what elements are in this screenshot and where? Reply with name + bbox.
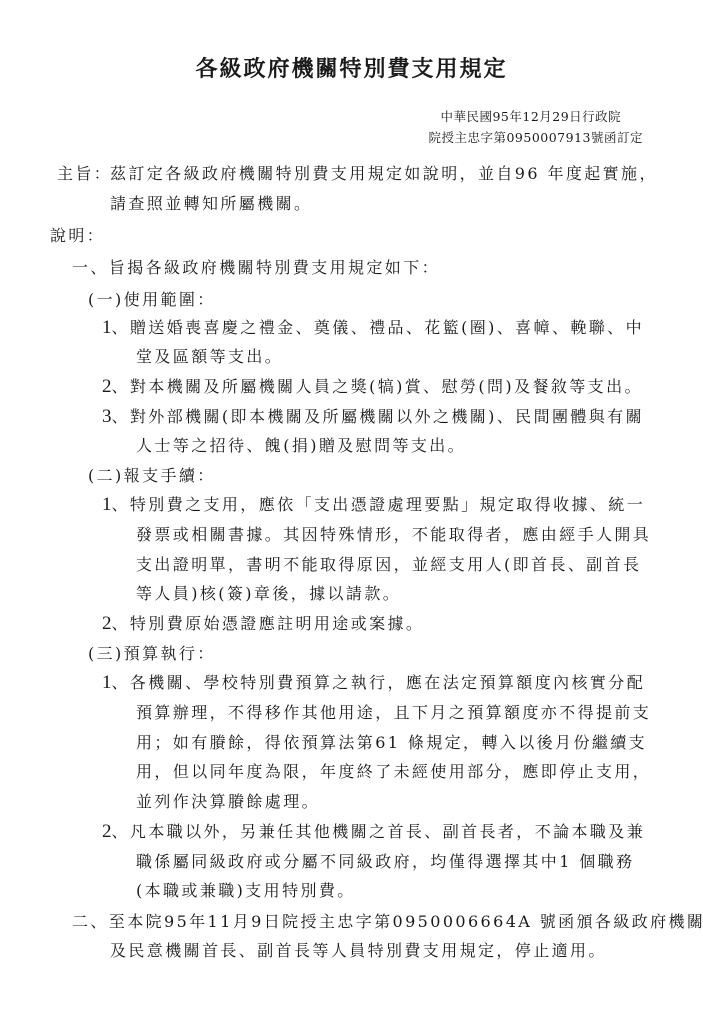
part-1-item-3: 3、對外部機關(即本機關及所屬機關以外之機關)、民間團體與有關	[102, 406, 644, 428]
part-2-item-2: 2、特別費原始憑證應註明用途或案據。	[102, 613, 424, 635]
part-2-item-1: 1、特別費之支用，應依「支出憑證處理要點」規定取得收據、統一	[102, 494, 645, 516]
part-3-heading: (三)預算執行：	[88, 643, 216, 665]
section-2-line-1: 二、至本院95年11月9日院授主忠字第0950006664A 號函頒各級政府機關	[72, 911, 703, 933]
issuer-info: 中華民國95年12月29日行政院 院授主忠字第0950007913號函訂定	[428, 106, 643, 148]
part-3-item-2: 2、凡本職以外，另兼任其他機關之首長、副首長者，不論本職及兼	[102, 821, 645, 843]
part-1-item-3-cont: 人士等之招待、餽(捐)贈及慰問等支出。	[136, 435, 466, 457]
section-1-heading: 一、旨揭各級政府機關特別費支用規定如下：	[72, 257, 440, 279]
document-title: 各級政府機關特別費支用規定	[0, 52, 703, 83]
part-2-item-1-cont-1: 發票或相關書據。其因特殊情形，不能取得者，應由經手人開具	[136, 524, 651, 546]
issuer-date: 中華民國95年12月29日行政院	[428, 106, 643, 127]
part-1-item-1: 1、贈送婚喪喜慶之禮金、奠儀、禮品、花籃(圈)、喜幛、輓聯、中	[102, 317, 644, 339]
part-3-item-1-cont-1: 預算辦理，不得移作其他用途，且下月之預算額度亦不得提前支	[136, 702, 651, 724]
part-1-item-1-cont: 堂及區額等支出。	[136, 346, 283, 368]
part-1-item-2: 2、對本機關及所屬機關人員之獎(犒)賞、慰勞(問)及餐敘等支出。	[102, 376, 643, 398]
part-2-item-1-cont-3: 等人員)核(簽)章後，據以請款。	[136, 583, 401, 605]
part-1-heading: (一)使用範圍：	[88, 289, 216, 311]
explanation-label: 說明：	[50, 225, 105, 247]
subject-line-2: 請查照並轉知所屬機關。	[110, 193, 312, 215]
section-2-line-2: 及民意機關首長、副首長等人員特別費支用規定，停止適用。	[110, 940, 607, 962]
subject-label: 主旨：	[57, 163, 112, 185]
part-3-item-1: 1、各機關、學校特別費預算之執行，應在法定預算額度內核實分配	[102, 672, 645, 694]
part-3-item-1-cont-4: 並列作決算賸餘處理。	[136, 791, 320, 813]
part-3-item-2-cont-1: 職係屬同級政府或分屬不同級政府，均僅得選擇其中1 個職務	[136, 851, 634, 873]
part-2-item-1-cont-2: 支出證明單，書明不能取得原因，並經支用人(即首長、副首長	[136, 554, 641, 576]
subject-line-1: 茲訂定各級政府機關特別費支用規定如說明，並自96 年度起實施，	[110, 163, 658, 185]
part-3-item-1-cont-2: 用；如有賸餘，得依預算法第61 條規定，轉入以後月份繼續支	[136, 732, 647, 754]
issuer-reference: 院授主忠字第0950007913號函訂定	[428, 127, 643, 148]
part-3-item-1-cont-3: 用，但以同年度為限，年度終了未經使用部分，應即停止支用，	[136, 761, 651, 783]
part-2-heading: (二)報支手續：	[88, 465, 216, 487]
part-3-item-2-cont-2: (本職或兼職)支用特別費。	[136, 880, 356, 902]
